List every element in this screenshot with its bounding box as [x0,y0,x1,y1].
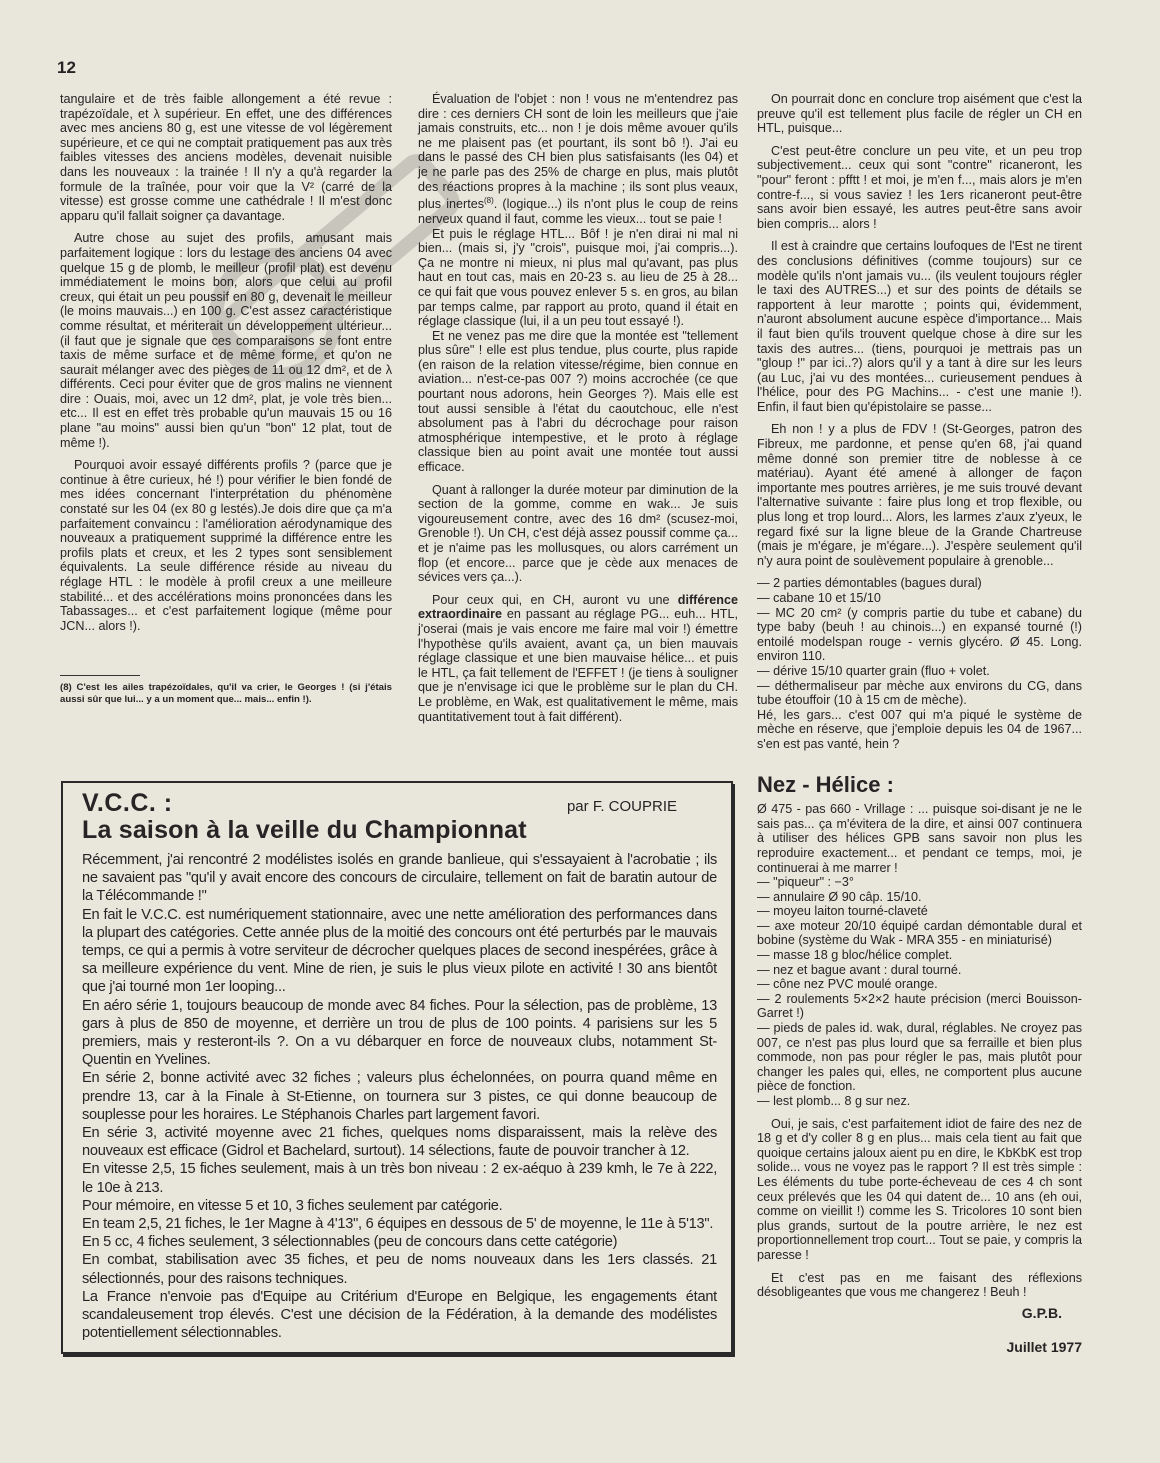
paragraph: En fait le V.C.C. est numériquement stat… [82,906,717,997]
spec-item: — cône nez PVC moulé orange. [757,977,1082,992]
page-number: 12 [57,58,76,78]
article-column-1: tangulaire et de très faible allongement… [60,92,392,705]
paragraph: En combat, stabilisation avec 35 fiches,… [82,1251,717,1287]
paragraph: Pour ceux qui, en CH, auront vu une diff… [418,593,738,724]
paragraph: Évaluation de l'objet : non ! vous ne m'… [418,92,738,227]
paragraph: Et puis le réglage HTL... Bôf ! je n'en … [418,227,738,329]
paragraph: Eh non ! y a plus de FDV ! (St-Georges, … [757,422,1082,568]
paragraph: En série 3, activité moyenne avec 21 fic… [82,1124,717,1160]
paragraph: tangulaire et de très faible allongement… [60,92,392,223]
issue-date: Juillet 1977 [757,1340,1082,1355]
footnote: (8) C'est les ailes trapézoïdales, qu'il… [60,682,392,705]
paragraph: Et ne venez pas me dire que la montée es… [418,329,738,475]
spec-item: — déthermaliseur par mèche aux environs … [757,679,1082,708]
paragraph-text: Pour ceux qui, en CH, auront vu une [432,593,678,607]
spec-item: — 2 roulements 5×2×2 haute précision (me… [757,992,1082,1021]
paragraph-text: Évaluation de l'objet : non ! vous ne m'… [418,92,738,211]
section-title: Nez - Hélice : [757,778,1082,793]
paragraph: La France n'envoie pas d'Equipe au Crité… [82,1288,717,1343]
paragraph: Oui, je sais, c'est parfaitement idiot d… [757,1117,1082,1263]
vcc-article-box: V.C.C. : par F. COUPRIE La saison à la v… [61,781,733,1354]
box-header: V.C.C. : par F. COUPRIE [82,789,717,818]
spec-item: — lest plomb... 8 g sur nez. [757,1094,1082,1109]
spec-item: — moyeu laiton tourné-claveté [757,904,1082,919]
spec-item: — MC 20 cm² (y compris partie du tube et… [757,606,1082,664]
paragraph: Et c'est pas en me faisant des réflexion… [757,1271,1082,1300]
article-column-3: On pourrait donc en conclure trop aiséme… [757,92,1082,1355]
spec-item: — pieds de pales id. wak, dural, réglabl… [757,1021,1082,1094]
paragraph: Récemment, j'ai rencontré 2 modélistes i… [82,851,717,906]
paragraph: On pourrait donc en conclure trop aiséme… [757,92,1082,136]
spec-item: — "piqueur" : −3° [757,875,1082,890]
box-kicker: V.C.C. : [82,789,173,818]
nez-helice-section: Nez - Hélice : Ø 475 - pas 660 - Vrillag… [757,778,1082,1355]
paragraph: En vitesse 2,5, 15 fiches seulement, mai… [82,1160,717,1196]
spec-list: — 2 parties démontables (bagues dural) —… [757,576,1082,707]
spec-item: — nez et bague avant : dural tourné. [757,963,1082,978]
spec-item: — cabane 10 et 15/10 [757,591,1082,606]
paragraph: En 5 cc, 4 fiches seulement, 3 sélection… [82,1233,717,1251]
paragraph: C'est peut-être conclure un peu vite, et… [757,144,1082,232]
paragraph-text: en passant au réglage PG... euh... HTL, … [418,607,738,723]
footnote-divider [60,675,140,676]
footnote-ref: (8) [484,196,494,205]
paragraph: En team 2,5, 21 fiches, le 1er Magne à 4… [82,1215,717,1233]
paragraph: Pour mémoire, en vitesse 5 et 10, 3 fich… [82,1197,717,1215]
spec-item: — axe moteur 20/10 équipé cardan démonta… [757,919,1082,948]
spec-item: — dérive 15/10 quarter grain (fluo + vol… [757,664,1082,679]
paragraph: Quant à rallonger la durée moteur par di… [418,483,738,585]
paragraph: Il est à craindre que certains loufoques… [757,239,1082,414]
article-title: La saison à la veille du Championnat [82,816,717,845]
paragraph: Ø 475 - pas 660 - Vrillage : ... puisque… [757,802,1082,875]
article-body: Récemment, j'ai rencontré 2 modélistes i… [82,851,717,1342]
spec-item: — annulaire Ø 90 câp. 15/10. [757,890,1082,905]
spec-item: — masse 18 g bloc/hélice complet. [757,948,1082,963]
byline: par F. COUPRIE [567,798,677,815]
author-signature: G.P.B. [757,1306,1082,1321]
paragraph: En aéro série 1, toujours beaucoup de mo… [82,997,717,1070]
spec-item: — 2 parties démontables (bagues dural) [757,576,1082,591]
paragraph: Autre chose au sujet des profils, amusan… [60,231,392,450]
article-column-2: Évaluation de l'objet : non ! vous ne m'… [418,92,738,724]
paragraph: En série 2, bonne activité avec 32 fiche… [82,1069,717,1124]
paragraph: Hé, les gars... c'est 007 qui m'a piqué … [757,708,1082,752]
paragraph: Pourquoi avoir essayé différents profils… [60,458,392,633]
